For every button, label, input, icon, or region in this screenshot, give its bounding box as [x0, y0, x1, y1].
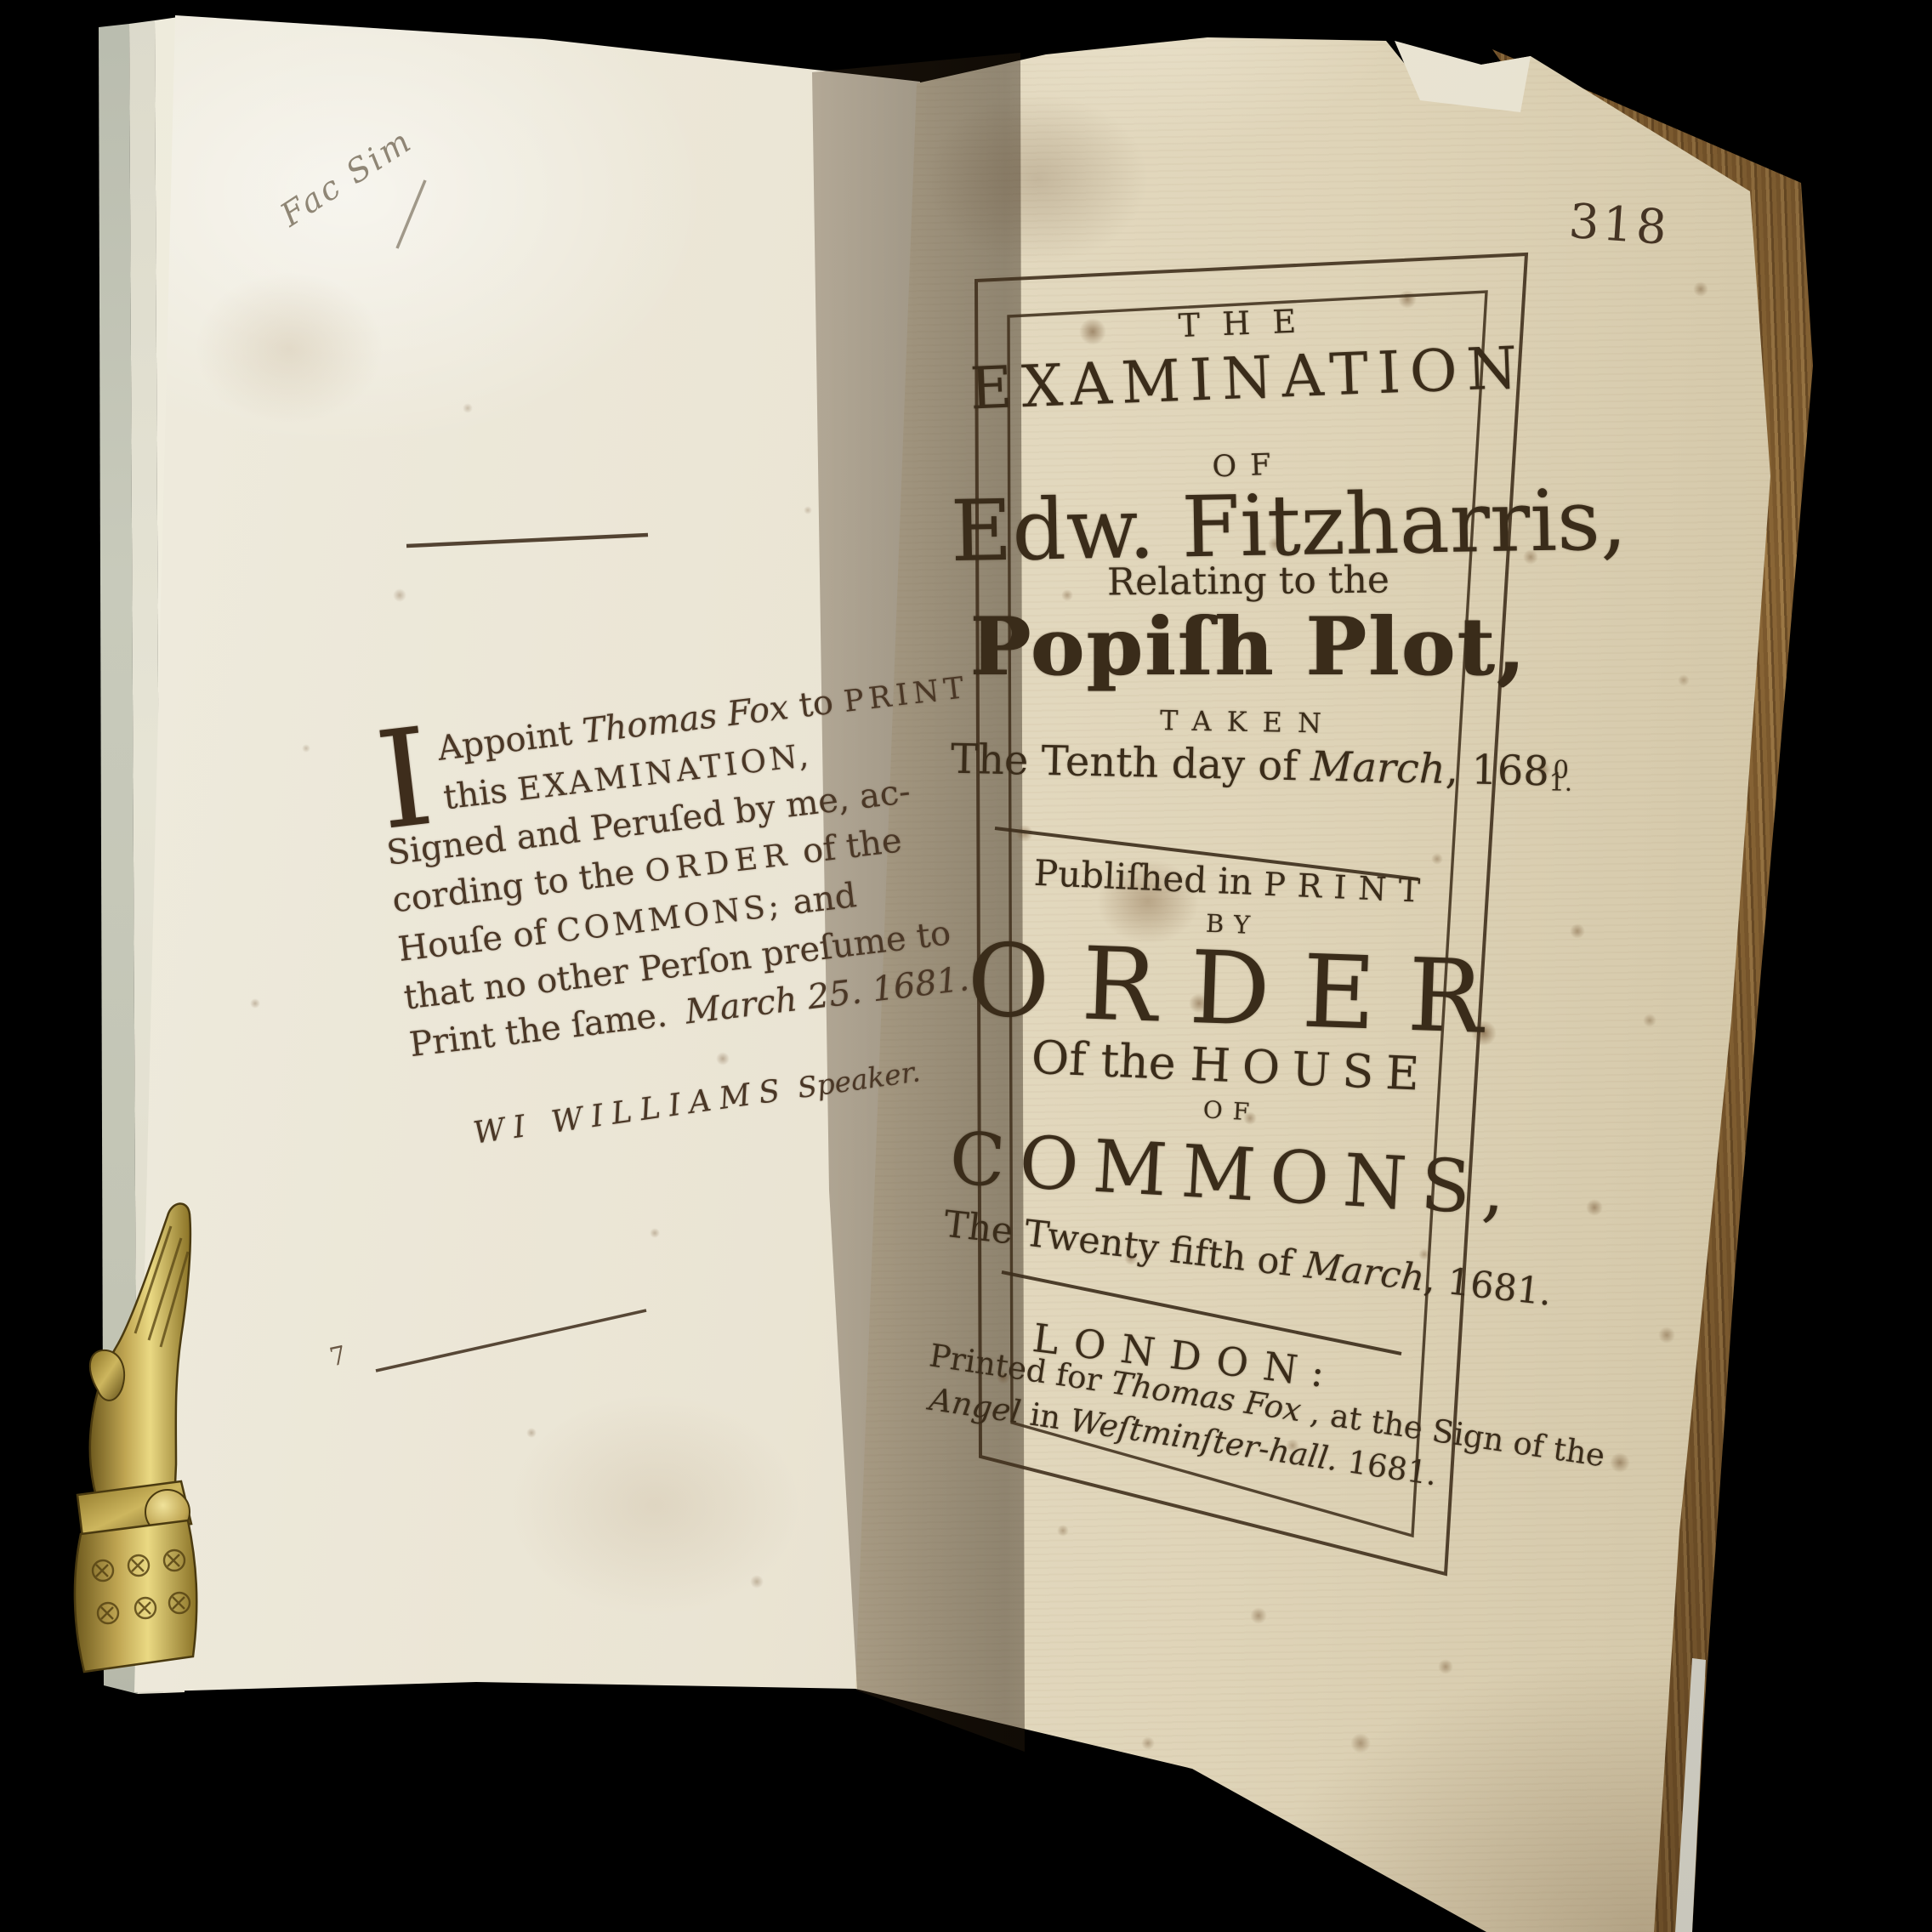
text-run-caps: HOUSE — [1190, 1037, 1433, 1101]
printing-appointment-paragraph: I Appoint Thomas Fox to PRINT this EXAMI… — [372, 686, 808, 1070]
text-run-caps: PRINT — [1263, 866, 1433, 911]
pencil-slash — [397, 180, 425, 248]
left-rule-top — [406, 535, 648, 546]
clasp-cuff — [75, 1481, 196, 1672]
book-photo: I Appoint Thomas Fox to PRINT this EXAMI… — [0, 0, 1932, 1932]
year-new-style: 1. — [1548, 776, 1572, 790]
left-rule-bottom — [376, 1310, 646, 1371]
text-run-italic: March — [1310, 743, 1446, 793]
text-run: Of the — [1031, 1031, 1192, 1091]
title-popish-plot: Popiſh Plot, — [959, 600, 1537, 694]
text-run: , 168 — [1445, 746, 1549, 796]
handwritten-page-number: 318 — [1567, 194, 1672, 256]
clasp-hand — [90, 1203, 190, 1507]
text-run: The Tenth day of — [950, 736, 1310, 791]
split-year: 01. — [1548, 763, 1572, 790]
text-run: to — [786, 681, 846, 726]
brass-hand-clasp — [47, 1190, 251, 1675]
text-run: this — [441, 770, 520, 817]
drop-cap: I — [373, 732, 433, 827]
text-run: in — [1018, 1395, 1073, 1438]
title-relating: Relating to the — [959, 557, 1537, 605]
